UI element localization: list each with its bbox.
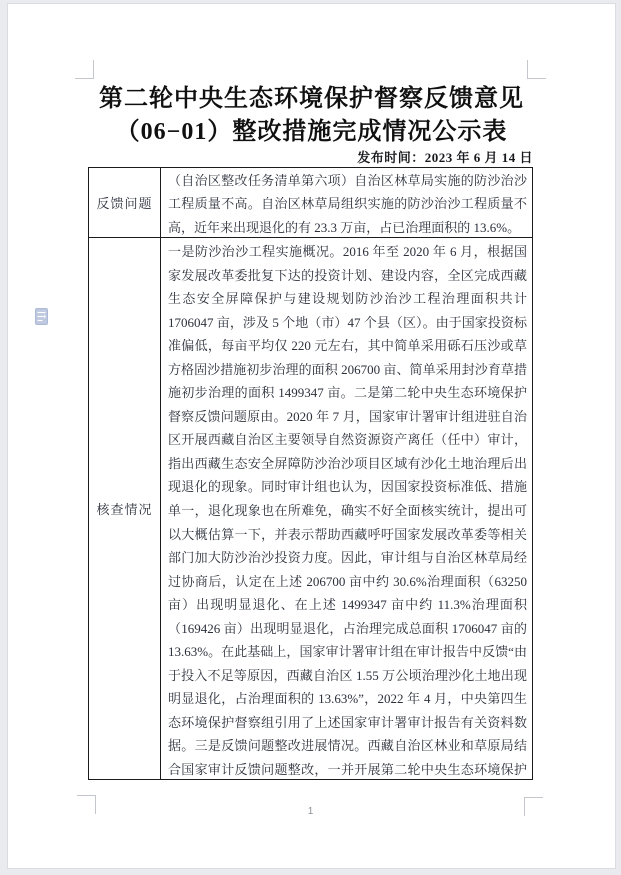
row-content-feedback-issue[interactable]: （自治区整改任务清单第六项）自治区林草局实施的防沙治沙工程质量不高。自治区林草局… xyxy=(161,168,532,237)
margin-corner-mark-top-right xyxy=(527,60,546,79)
row-label-verification-status[interactable]: 核查情况 xyxy=(89,238,161,779)
rectification-table: 反馈问题 （自治区整改任务清单第六项）自治区林草局实施的防沙治沙工程质量不高。自… xyxy=(88,167,533,780)
title-line-2[interactable]: （06−01）整改措施完成情况公示表 xyxy=(8,116,615,148)
publish-date[interactable]: 发布时间：2023 年 6 月 14 日 xyxy=(88,147,533,166)
document-canvas: 第二轮中央生态环境保护督察反馈意见 （06−01）整改措施完成情况公示表 发布时… xyxy=(0,0,621,875)
table-row-feedback: 反馈问题 （自治区整改任务清单第六项）自治区林草局实施的防沙治沙工程质量不高。自… xyxy=(89,168,532,238)
page-number: 1 xyxy=(88,806,533,817)
row-label-feedback-issue[interactable]: 反馈问题 xyxy=(89,168,161,237)
margin-corner-mark-top-left xyxy=(75,60,94,79)
document-page: 第二轮中央生态环境保护督察反馈意见 （06−01）整改措施完成情况公示表 发布时… xyxy=(8,4,615,868)
table-row-verification: 核查情况 一是防沙治沙工程实施概况。2016 年至 2020 年 6 月，根据国… xyxy=(89,238,532,779)
row-content-verification-status[interactable]: 一是防沙治沙工程实施概况。2016 年至 2020 年 6 月，根据国家发展改革… xyxy=(161,238,532,779)
document-back-marker-icon[interactable] xyxy=(35,308,48,325)
title-line-1[interactable]: 第二轮中央生态环境保护督察反馈意见 xyxy=(8,83,615,115)
